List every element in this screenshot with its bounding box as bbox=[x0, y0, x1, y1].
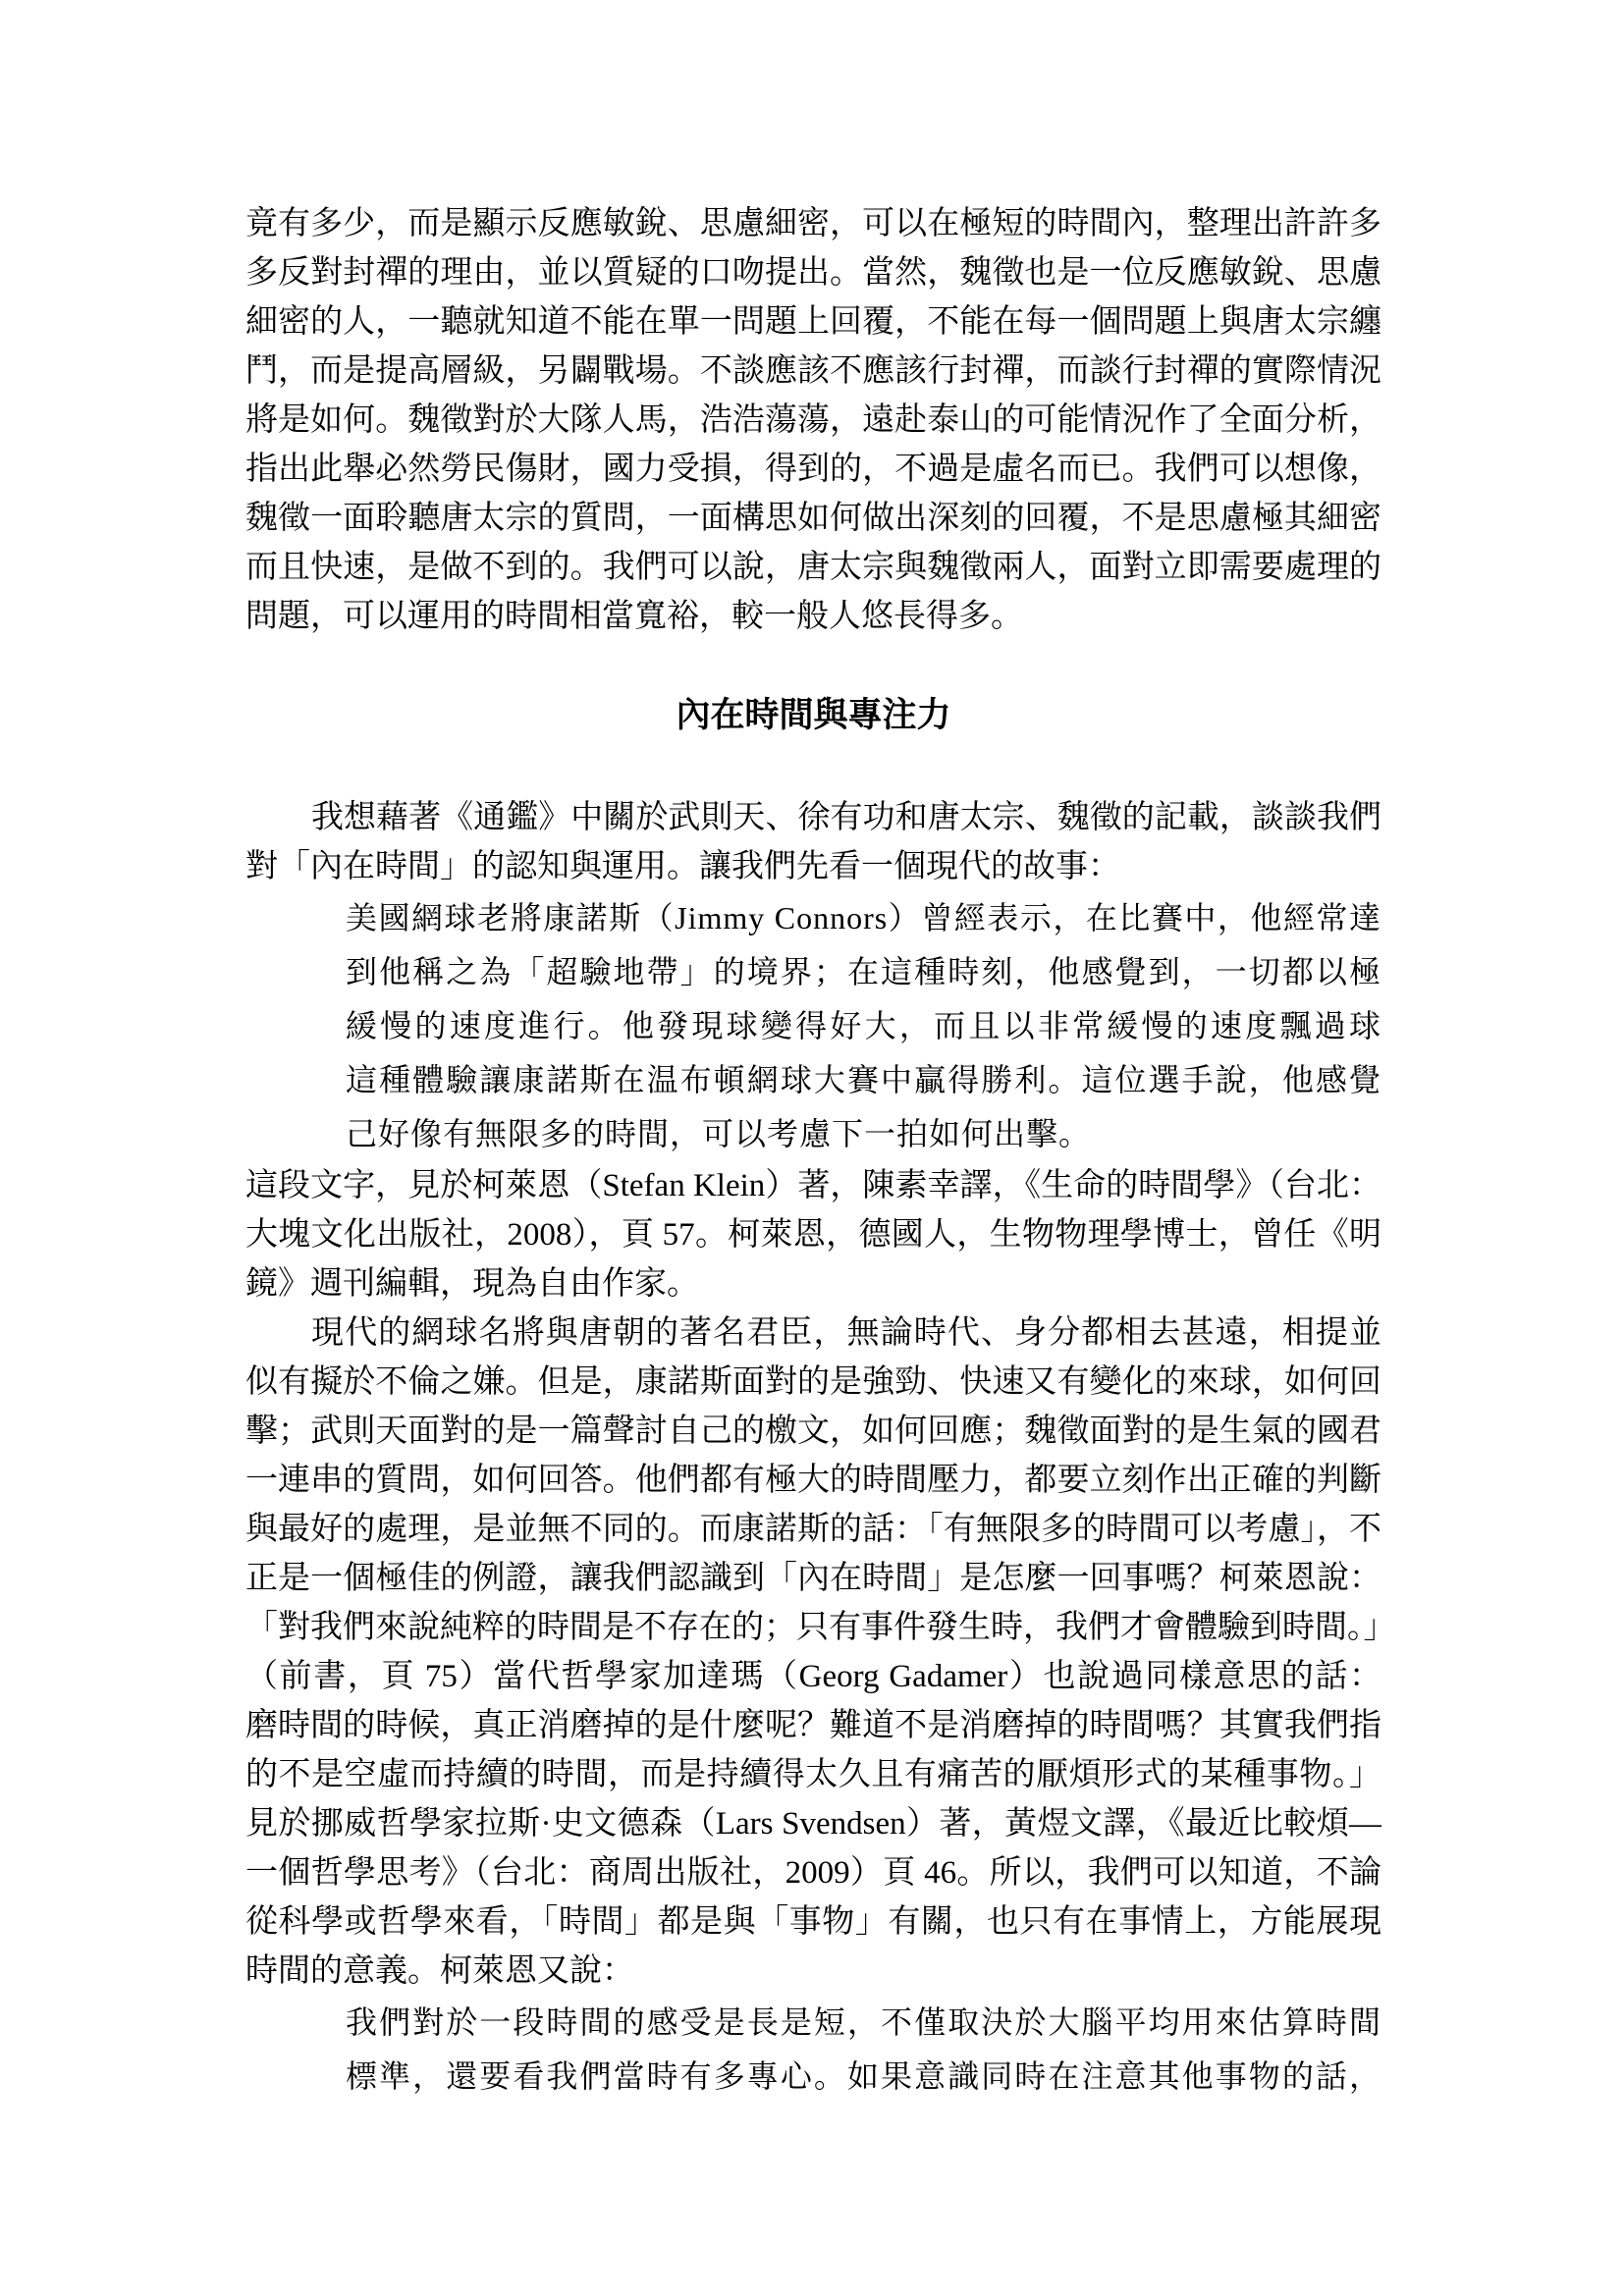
text-line: 正是一個極佳的例證，讓我們認識到「內在時間」是怎麼一回事嗎？柯萊恩說： bbox=[245, 1554, 1381, 1603]
paragraph-discussion: 現代的網球名將與唐朝的著名君臣，無論時代、身分都相去甚遠，相提並論， 似有擬於不… bbox=[245, 1308, 1381, 1996]
document-page: 竟有多少，而是顯示反應敏銳、思慮細密，可以在極短的時間內，整理出許許多 多反對封… bbox=[0, 0, 1624, 2296]
section-heading: 內在時間與專注力 bbox=[245, 693, 1381, 738]
quote-line: 美國網球老將康諾斯（Jimmy Connors）曾經表示，在比賽中，他經常達 bbox=[346, 891, 1381, 945]
quote-line: 緩慢的速度進行。他發現球變得好大，而且以非常緩慢的速度飄過球網。 bbox=[346, 999, 1381, 1053]
quote-line: 標準，還要看我們當時有多專心。如果意識同時在注意其他事物的話，我 bbox=[346, 2050, 1381, 2104]
text-line: 似有擬於不倫之嫌。但是，康諾斯面對的是強勁、快速又有變化的來球，如何回 bbox=[245, 1358, 1381, 1407]
text-line: 擊；武則天面對的是一篇聲討自己的檄文，如何回應；魏徵面對的是生氣的國君 bbox=[245, 1407, 1381, 1456]
text-line: 的不是空虛而持續的時間，而是持續得太久且有痛苦的厭煩形式的某種事物。」 bbox=[245, 1750, 1381, 1799]
text-line: 我想藉著《通鑑》中關於武則天、徐有功和唐太宗、魏徵的記載，談談我們 bbox=[245, 793, 1381, 842]
quote-line: 這種體驗讓康諾斯在温布頓網球大賽中贏得勝利。這位選手說，他感覺自 bbox=[346, 1053, 1381, 1107]
text-line: 這段文字，見於柯萊恩（Stefan Klein）著，陳素幸譯，《生命的時間學》（… bbox=[245, 1161, 1381, 1210]
text-line: 一個哲學思考》（台北：商周出版社，2009）頁 46。所以，我們可以知道，不論 bbox=[245, 1848, 1381, 1897]
block-quote-connors: 美國網球老將康諾斯（Jimmy Connors）曾經表示，在比賽中，他經常達 到… bbox=[245, 891, 1381, 1161]
text-line: 鏡》週刊編輯，現為自由作家。 bbox=[245, 1259, 1381, 1308]
text-line: 現代的網球名將與唐朝的著名君臣，無論時代、身分都相去甚遠，相提並論， bbox=[245, 1308, 1381, 1358]
paragraph-continuation: 竟有多少，而是顯示反應敏銳、思慮細密，可以在極短的時間內，整理出許許多 多反對封… bbox=[245, 199, 1381, 641]
paragraph-intro: 我想藉著《通鑑》中關於武則天、徐有功和唐太宗、魏徵的記載，談談我們 對「內在時間… bbox=[245, 793, 1381, 891]
block-quote-klein: 我們對於一段時間的感受是長是短，不僅取決於大腦平均用來估算時間的 標準，還要看我… bbox=[245, 1996, 1381, 2104]
text-line: 問題，可以運用的時間相當寬裕，較一般人悠長得多。 bbox=[245, 592, 1381, 641]
paragraph-citation: 這段文字，見於柯萊恩（Stefan Klein）著，陳素幸譯，《生命的時間學》（… bbox=[245, 1161, 1381, 1308]
text-line: 細密的人，一聽就知道不能在單一問題上回覆，不能在每一個問題上與唐太宗纏 bbox=[245, 297, 1381, 347]
quote-line: 到他稱之為「超驗地帶」的境界；在這種時刻，他感覺到，一切都以極為 bbox=[346, 945, 1381, 999]
text-line: 時間的意義。柯萊恩又說： bbox=[245, 1947, 1381, 1996]
text-line: 從科學或哲學來看，「時間」都是與「事物」有關，也只有在事情上，方能展現 bbox=[245, 1897, 1381, 1947]
text-line: 對「內在時間」的認知與運用。讓我們先看一個現代的故事： bbox=[245, 842, 1381, 891]
text-line: 大塊文化出版社，2008），頁 57。柯萊恩，德國人，生物物理學博士，曾任《明 bbox=[245, 1210, 1381, 1259]
text-line: 「對我們來說純粹的時間是不存在的；只有事件發生時，我們才會體驗到時間。」 bbox=[245, 1603, 1381, 1652]
text-line: 多反對封禪的理由，並以質疑的口吻提出。當然，魏徵也是一位反應敏銳、思慮 bbox=[245, 248, 1381, 297]
text-line: 一連串的質問，如何回答。他們都有極大的時間壓力，都要立刻作出正確的判斷 bbox=[245, 1456, 1381, 1505]
text-line: 鬥，而是提高層級，另闢戰場。不談應該不應該行封禪，而談行封禪的實際情況 bbox=[245, 347, 1381, 396]
text-line: 魏徵一面聆聽唐太宗的質問，一面構思如何做出深刻的回覆，不是思慮極其細密 bbox=[245, 494, 1381, 543]
text-line: 竟有多少，而是顯示反應敏銳、思慮細密，可以在極短的時間內，整理出許許多 bbox=[245, 199, 1381, 248]
text-line: 與最好的處理，是並無不同的。而康諾斯的話：「有無限多的時間可以考慮」，不 bbox=[245, 1505, 1381, 1554]
text-line: 指出此舉必然勞民傷財，國力受損，得到的，不過是虛名而已。我們可以想像， bbox=[245, 445, 1381, 494]
text-line: 見於挪威哲學家拉斯·史文德森（Lars Svendsen）著，黃煜文譯，《最近比… bbox=[245, 1799, 1381, 1848]
text-line: 而且快速，是做不到的。我們可以說，唐太宗與魏徵兩人，面對立即需要處理的 bbox=[245, 543, 1381, 592]
quote-line: 己好像有無限多的時間，可以考慮下一拍如何出擊。 bbox=[346, 1107, 1381, 1161]
text-line: 將是如何。魏徵對於大隊人馬，浩浩蕩蕩，遠赴泰山的可能情況作了全面分析， bbox=[245, 396, 1381, 445]
text-line: 磨時間的時候，真正消磨掉的是什麼呢？難道不是消磨掉的時間嗎？其實我們指 bbox=[245, 1701, 1381, 1750]
text-line: （前書，頁 75）當代哲學家加達瑪（Georg Gadamer）也說過同樣意思的… bbox=[245, 1652, 1381, 1701]
quote-line: 我們對於一段時間的感受是長是短，不僅取決於大腦平均用來估算時間的 bbox=[346, 1996, 1381, 2050]
